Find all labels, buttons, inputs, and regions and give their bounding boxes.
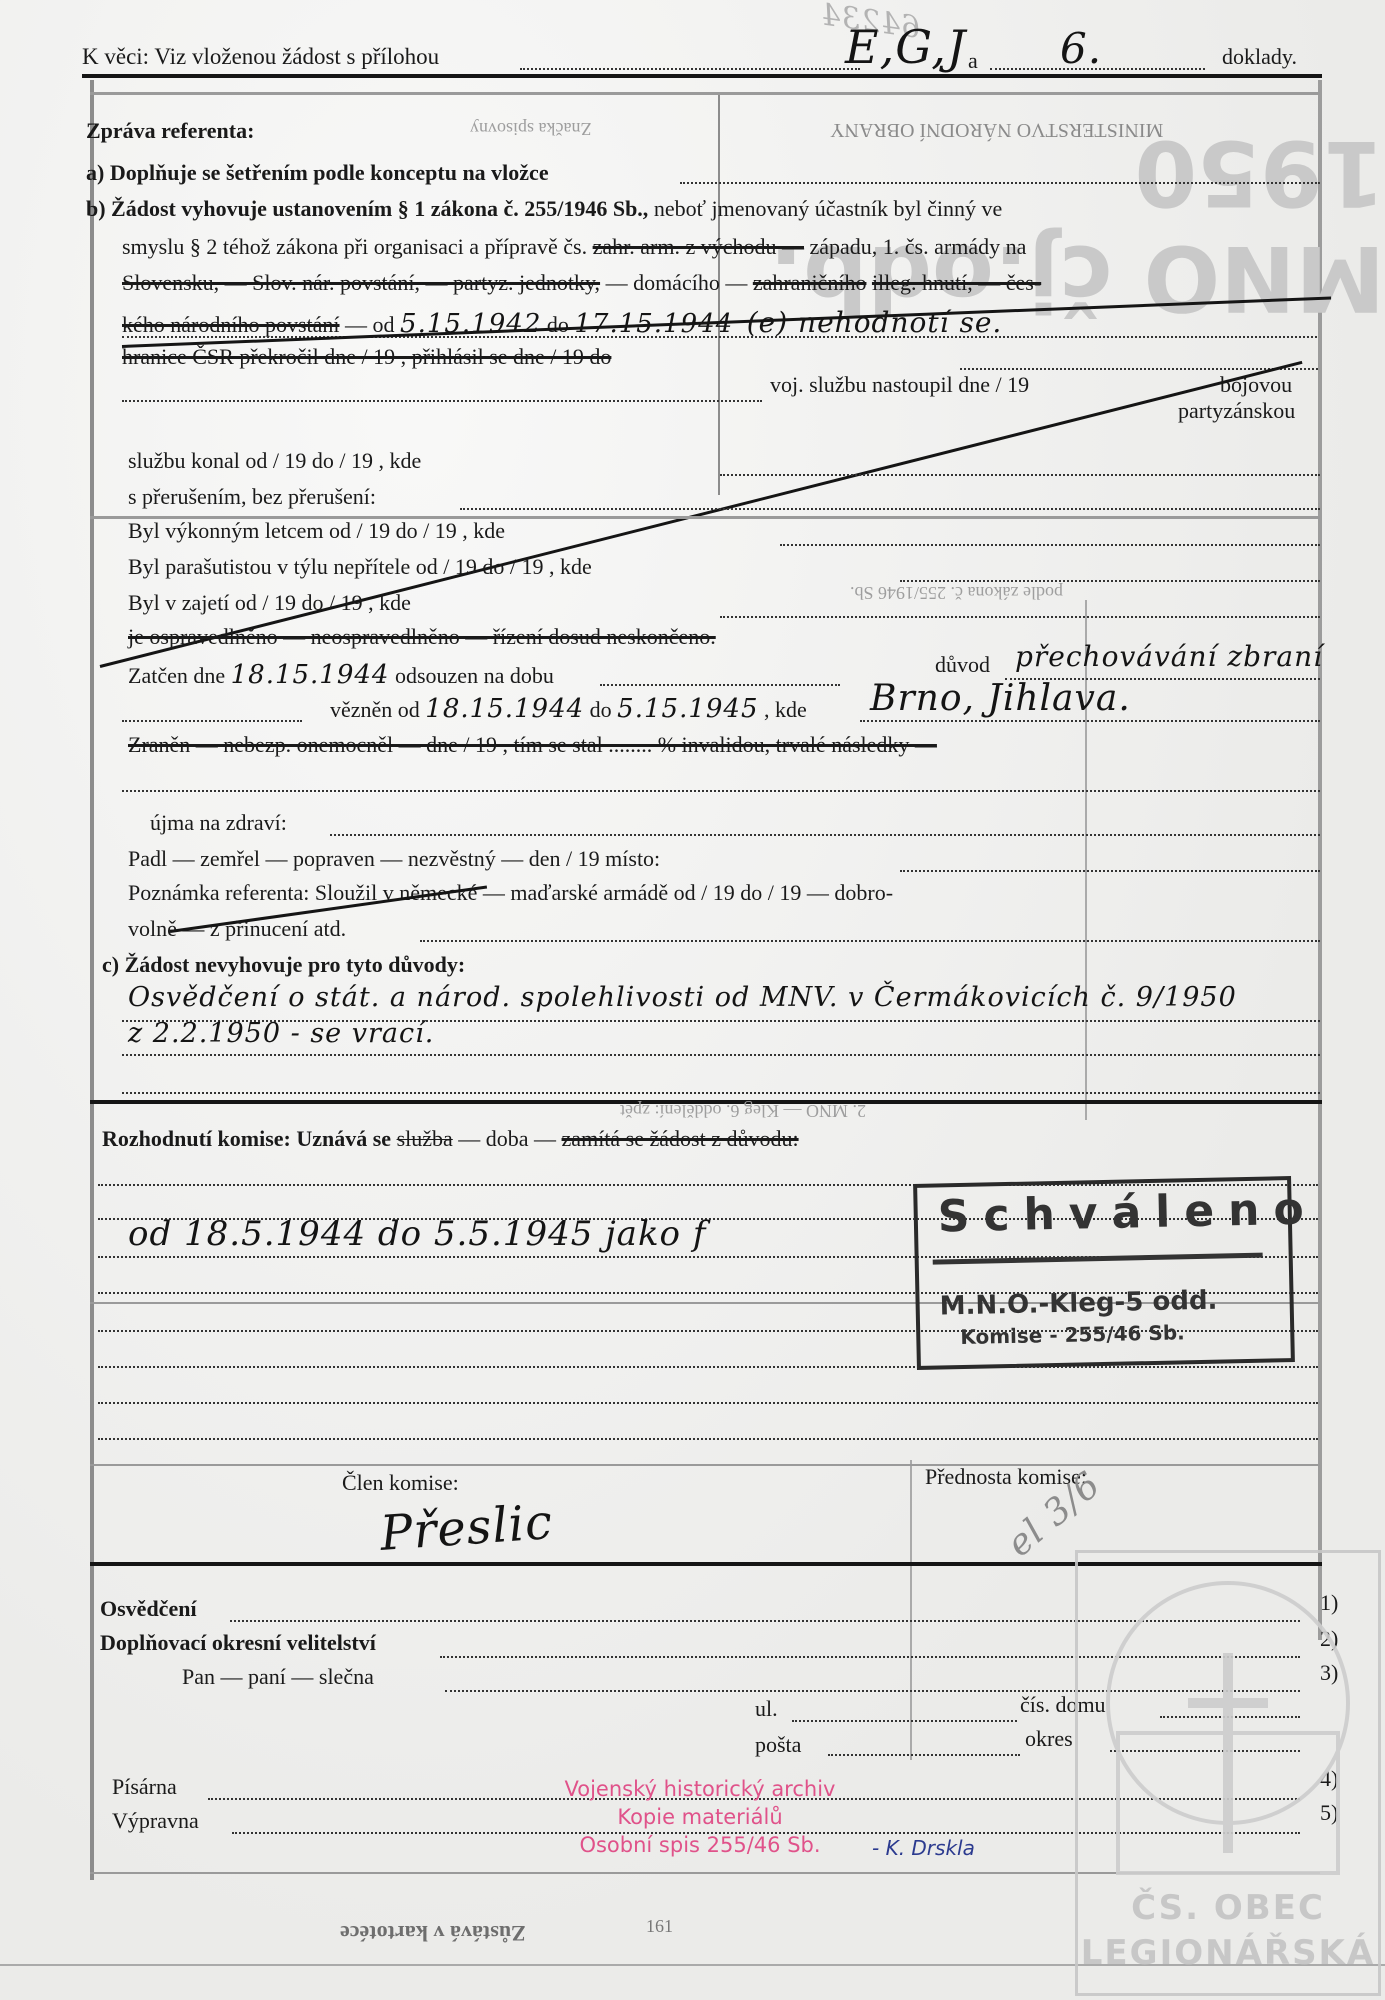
rejection-reason-line2: z 2.2.1950 - se vrací. xyxy=(128,1018,434,1049)
report-b-line2: smyslu § 2 téhož zákona při organisaci a… xyxy=(122,234,587,259)
archive-stamp-line1: Vojenský historický archiv xyxy=(520,1775,880,1803)
partyzanskou-label: partyzánskou xyxy=(1178,398,1295,424)
report-b-line5: hranice ČSR překročil dne / 19 , přihlás… xyxy=(122,344,611,370)
posta-field[interactable] xyxy=(828,1754,1020,1756)
dotted-line xyxy=(720,616,1320,618)
prison-to-date: 5.15.1945 xyxy=(617,694,758,724)
voj-sluzbu: voj. službu nastoupil dne / 19 xyxy=(770,372,1029,398)
sluzbu-konal: službu konal od / 19 do / 19 , kde xyxy=(128,448,421,474)
decision-sluzba: služba xyxy=(397,1126,453,1151)
archive-handwritten-name: - K. Drskla xyxy=(872,1836,975,1860)
dotted-line xyxy=(600,684,840,686)
bojovou-label: bojovou xyxy=(1220,372,1292,398)
duvod-label: důvod xyxy=(935,652,990,678)
dotted-line xyxy=(98,1438,1318,1440)
faint-zakon-mirror: podle zákona č. 255/1946 Sb. xyxy=(850,582,1063,603)
faint-decision-mirror: 2. MNO — Kleg 6. oddělení: zpět xyxy=(620,1100,866,1121)
ospravedlneno: je ospravedlněno — neospravedlněno — říz… xyxy=(128,624,716,650)
arrest-reason: přechovávání zbraní xyxy=(1015,640,1323,673)
top-gray-rule xyxy=(90,92,1320,95)
a-label: a xyxy=(968,48,978,74)
report-b-prefix: b) Žádost vyhovuje ustanovením § 1 zákon… xyxy=(86,196,648,221)
cancel-diagonal-stroke xyxy=(100,361,1303,668)
decision-label: Rozhodnutí komise: Uznává se xyxy=(102,1126,391,1151)
veznen-do: do xyxy=(590,697,612,722)
poznamka: Poznámka referenta: Sloužil v německé — … xyxy=(128,880,893,906)
arrest-date: 18.15.1944 xyxy=(231,660,390,690)
report-b-line3-struck2: zahraničního xyxy=(753,270,867,295)
report-b-line2-end: západu, 1. čs. armády na xyxy=(810,234,1027,259)
dotted-line xyxy=(330,834,1320,836)
archive-stamp: Vojenský historický archiv Kopie materiá… xyxy=(520,1775,880,1859)
count-dotted-line xyxy=(990,68,1205,70)
clen-komise-label: Člen komise: xyxy=(342,1470,459,1496)
watermark-line2: LEGIONÁŘSKÁ xyxy=(1078,1933,1378,1973)
dotted-line xyxy=(122,400,762,402)
preruseni: s přerušením, bez přerušení: xyxy=(128,484,376,510)
parasut: Byl parašutistou v týlu nepřítele od / 1… xyxy=(128,554,592,580)
attachment-code: E,G,J xyxy=(845,20,966,74)
znacka-spisovny-mirror: Značka spisovny xyxy=(470,118,591,139)
approval-stamp-line1: M.N.O.-Kleg-5 odd. xyxy=(939,1286,1217,1322)
dotted-line xyxy=(122,1054,1320,1056)
legion-emblem-icon xyxy=(1078,1553,1378,1883)
watermark-line1: ČS. OBEC xyxy=(1078,1888,1378,1928)
prison-place: Brno, Jihlava. xyxy=(870,678,1131,719)
dotted-line xyxy=(122,720,302,722)
ul-label: ul. xyxy=(755,1696,778,1722)
report-a: a) Doplňuje se šetřením podle konceptu n… xyxy=(86,160,549,186)
dotted-line xyxy=(98,1366,1318,1368)
report-b-line3-mid: — domácího — xyxy=(606,270,748,295)
report-title: Zpráva referenta: xyxy=(86,118,254,144)
zajeti: Byl v zajetí od / 19 do / 19 , kde xyxy=(128,590,411,616)
dotted-line xyxy=(98,1402,1318,1404)
posta-label: pošta xyxy=(755,1732,801,1758)
veznen-label: vězněn od xyxy=(330,697,420,722)
decision-zamita: zamítá se žádost z důvodu: xyxy=(562,1126,799,1151)
dotted-line xyxy=(420,940,1320,942)
osvedceni-label: Osvědčení xyxy=(100,1596,197,1622)
faint-bottom-mirror: Zůstává v kartotéce xyxy=(340,1920,526,1946)
dotted-line xyxy=(900,870,1320,872)
doklady-label: doklady. xyxy=(1222,44,1297,70)
report-c-title: c) Žádost nevyhovuje pro tyto důvody: xyxy=(102,952,465,978)
pisarna-label: Písárna xyxy=(112,1774,177,1800)
doplnovaci-label: Doplňovací okresní velitelství xyxy=(100,1630,376,1656)
ul-field[interactable] xyxy=(792,1720,1017,1722)
odsouzen-label: odsouzen na dobu xyxy=(395,663,554,688)
decision-period: od 18.5.1944 do 5.5.1945 jako f xyxy=(128,1214,706,1254)
header-rule xyxy=(82,74,1322,78)
vypravna-label: Výpravna xyxy=(112,1808,199,1834)
report-od: — od xyxy=(345,312,395,337)
archive-stamp-line3: Osobní spis 255/46 Sb. xyxy=(520,1831,880,1859)
dotted-line xyxy=(680,182,1320,184)
zranen: Zraněn — nebezp. onemocněl — dne / 19 , … xyxy=(128,732,937,758)
veznen-kde: , kde xyxy=(764,697,807,722)
padl: Padl — zemřel — popraven — nezvěstný — d… xyxy=(128,846,660,872)
approval-stamp-underline xyxy=(933,1253,1263,1265)
approval-stamp: Schváleno M.N.O.-Kleg-5 odd. Komise - 25… xyxy=(913,1176,1295,1370)
volne: volně — z přinucení atd. xyxy=(128,916,346,942)
section-rule xyxy=(90,1464,1320,1466)
approval-stamp-line2: Komise - 255/46 Sb. xyxy=(960,1320,1185,1349)
document-page: 64234 K věci: Viz vloženou žádost s příl… xyxy=(0,0,1385,2000)
legion-watermark: ČS. OBEC LEGIONÁŘSKÁ xyxy=(1075,1550,1381,1996)
decision-doba: — doba — xyxy=(458,1126,556,1151)
dotted-line xyxy=(122,790,1320,792)
ujma: újma na zdraví: xyxy=(150,810,287,836)
dotted-line xyxy=(780,544,1320,546)
okres-label: okres xyxy=(1025,1726,1073,1752)
pan-label: Pan — paní — slečna xyxy=(182,1664,374,1690)
member-signature: Přeslic xyxy=(378,1494,554,1562)
dotted-line xyxy=(720,474,1320,476)
dotted-line xyxy=(460,508,1320,510)
dotted-line xyxy=(122,1092,1320,1094)
report-b-line4-struck: kého národního povstání xyxy=(122,312,340,337)
prison-from-date: 18.15.1944 xyxy=(425,694,584,724)
rejection-reason-line1: Osvědčení o stát. a národ. spolehlivosti… xyxy=(128,982,1237,1013)
report-b-line2-struck: zahr. arm. z východu — xyxy=(593,234,804,259)
subject-dotted-line xyxy=(520,68,860,70)
left-margin-rule xyxy=(90,80,94,1880)
archive-stamp-line2: Kopie materiálů xyxy=(520,1803,880,1831)
letcem: Byl výkonným letcem od / 19 do / 19 , kd… xyxy=(128,518,505,544)
subject-line: K věci: Viz vloženou žádost s přílohou xyxy=(82,44,439,70)
report-b-line3-end: illeg. hnutí, — čes- xyxy=(872,270,1041,295)
report-do: do xyxy=(547,312,569,337)
zatcen-label: Zatčen dne xyxy=(128,663,225,688)
column-divider-bottom xyxy=(910,1460,912,1760)
report-b-line3-struck: Slovensku, — Slov. nár. povstání, — part… xyxy=(122,270,600,295)
doklady-count: 6. xyxy=(1060,24,1102,73)
approval-stamp-title: Schváleno xyxy=(937,1184,1318,1243)
faint-bottom-number: 161 xyxy=(646,1916,673,1937)
dotted-line xyxy=(860,720,1320,722)
report-b-suffix: neboť jmenovaný účastník byl činný ve xyxy=(654,196,1003,221)
